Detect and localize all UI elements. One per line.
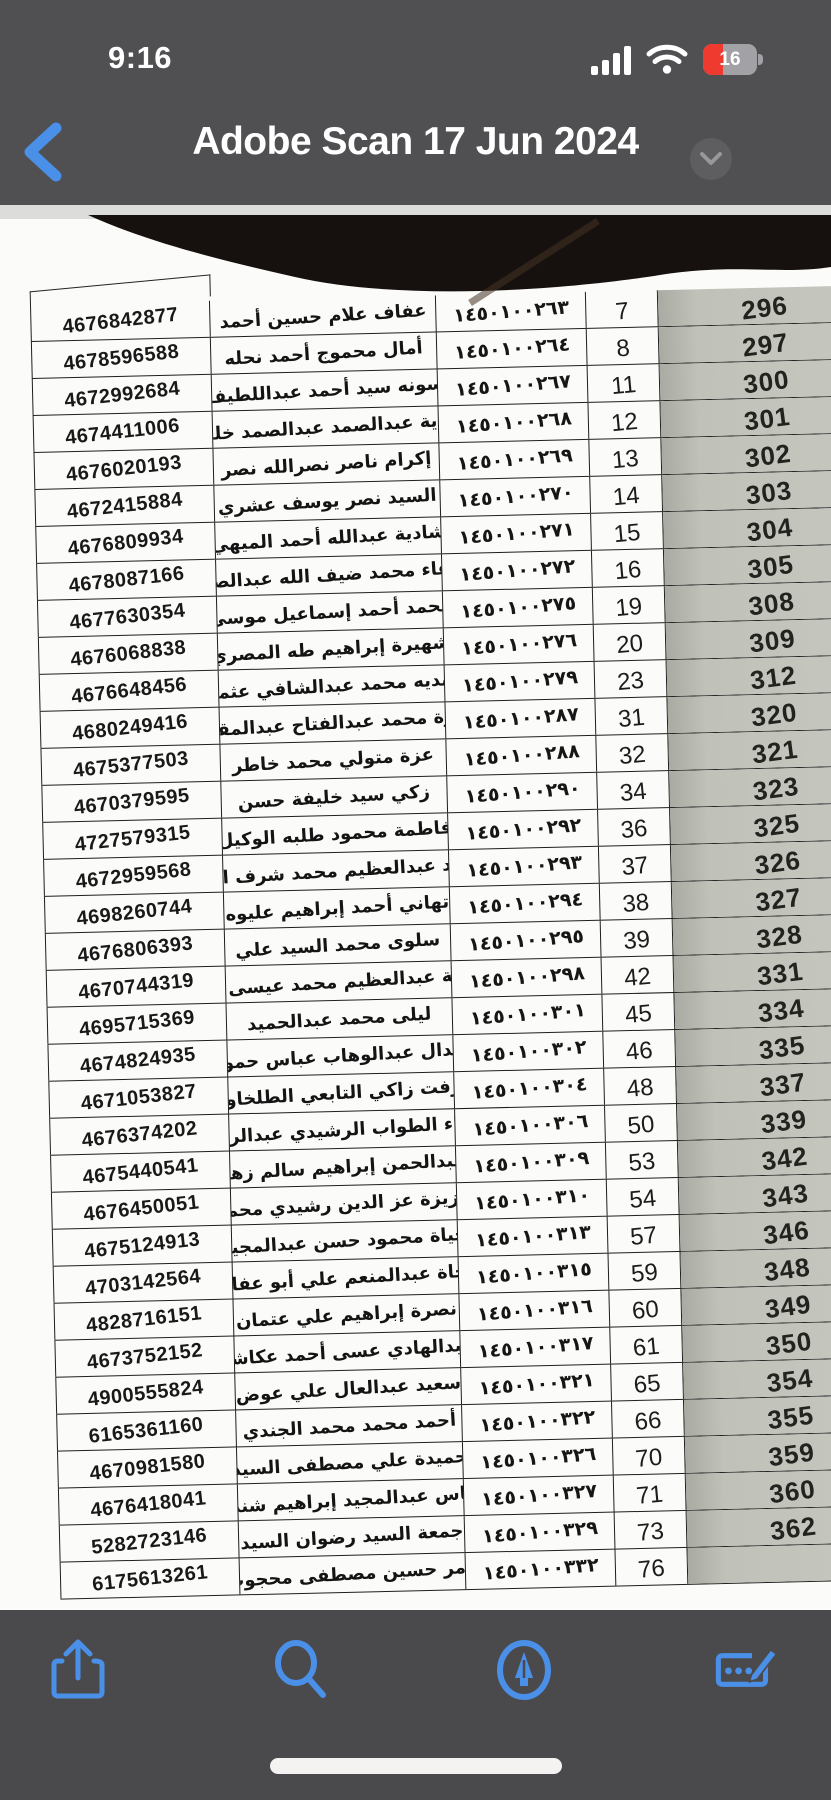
registry-number-cell: 303 bbox=[662, 470, 831, 511]
name-cell: نجاة عبدالمنعم علي أبو عفان bbox=[233, 1257, 460, 1298]
registry-number-cell: 334 bbox=[674, 988, 831, 1029]
code-cell: ١٤٥٠١٠٠٢٦٨ bbox=[439, 403, 590, 443]
serial-cell: 73 bbox=[615, 1511, 688, 1549]
registry-number-cell: 359 bbox=[685, 1432, 831, 1473]
registry-number-cell: 312 bbox=[667, 655, 831, 696]
code-cell: ١٤٥٠١٠٠٢٧٦ bbox=[444, 625, 595, 665]
name-cell: زكي سيد خليفة حسن bbox=[221, 776, 448, 817]
national-id-cell: 4678087166 bbox=[36, 560, 217, 600]
name-cell: نصرة إبراهيم علي عتمان bbox=[233, 1294, 460, 1335]
serial-cell: 11 bbox=[588, 364, 661, 402]
share-button[interactable] bbox=[46, 1638, 110, 1702]
serial-cell: 57 bbox=[608, 1215, 681, 1253]
code-cell: ١٤٥٠١٠٠٣٠٤ bbox=[454, 1069, 605, 1109]
registry-number-cell: 354 bbox=[683, 1358, 831, 1399]
registry-number-cell: 323 bbox=[669, 766, 831, 807]
name-cell: تهاني أحمد إبراهيم عليوه bbox=[224, 887, 451, 928]
national-id-cell: 4670379595 bbox=[41, 782, 222, 822]
search-button[interactable] bbox=[269, 1638, 333, 1702]
registry-number-cell: 321 bbox=[668, 729, 831, 770]
serial-cell: 53 bbox=[606, 1141, 679, 1179]
national-id-cell: 4674411006 bbox=[33, 412, 214, 452]
code-cell: ١٤٥٠١٠٠٣١٦ bbox=[459, 1291, 610, 1331]
serial-cell: 46 bbox=[603, 1030, 676, 1068]
code-cell: ١٤٥٠١٠٠٣١٧ bbox=[460, 1328, 611, 1368]
code-cell: ١٤٥٠١٠٠٢٩٠ bbox=[447, 773, 598, 813]
status-icons: 16 bbox=[591, 44, 763, 75]
name-cell: عبدالهادي عسى أحمد عكاشه bbox=[234, 1331, 461, 1372]
serial-cell: 59 bbox=[609, 1252, 682, 1290]
registry-number-cell: 355 bbox=[684, 1395, 831, 1436]
serial-cell: 31 bbox=[595, 697, 668, 735]
serial-cell: 61 bbox=[610, 1326, 683, 1364]
national-id-cell: 4703142564 bbox=[53, 1262, 234, 1302]
registry-number-cell: 297 bbox=[659, 322, 831, 363]
code-cell: ١٤٥٠١٠٠٢٧١ bbox=[441, 514, 592, 554]
registry-number-cell: 326 bbox=[671, 840, 831, 881]
serial-cell: 70 bbox=[613, 1437, 686, 1475]
name-cell: محمد أحمد إسماعيل موسى bbox=[217, 591, 444, 632]
serial-cell: 14 bbox=[590, 475, 663, 513]
header-bar: 9:16 16 Adobe Scan 17 Jun 2024 bbox=[0, 0, 831, 205]
national-id-cell: 4900555824 bbox=[55, 1373, 236, 1413]
name-cell: سونه سيد أحمد عبداللطيف bbox=[212, 369, 439, 410]
national-id-cell: 4678596588 bbox=[31, 338, 212, 378]
national-id-cell: 4698260744 bbox=[44, 893, 225, 933]
name-cell: صفاء الطواب الرشيدي عبدالرحيم bbox=[229, 1109, 456, 1150]
phone-screen: 9:16 16 Adobe Scan 17 Jun 2024 bbox=[0, 0, 831, 1800]
battery-percent: 16 bbox=[703, 44, 757, 75]
search-icon bbox=[271, 1639, 331, 1701]
registry-number-cell: 348 bbox=[680, 1247, 831, 1288]
code-cell: ١٤٥٠١٠٠٢٩٨ bbox=[452, 958, 603, 998]
markup-icon bbox=[494, 1638, 554, 1702]
code-cell: ١٤٥٠١٠٠٢٨٧ bbox=[445, 699, 596, 739]
code-cell: ١٤٥٠١٠٠٣٠٦ bbox=[455, 1106, 606, 1146]
serial-cell: 34 bbox=[597, 771, 670, 809]
code-cell: ١٤٥٠١٠٠٢٦٤ bbox=[437, 329, 588, 369]
national-id-cell: 4676809934 bbox=[35, 523, 216, 563]
serial-cell: 39 bbox=[601, 919, 674, 957]
registry-number-cell: 300 bbox=[660, 359, 831, 400]
registry-number-cell: 320 bbox=[667, 692, 831, 733]
scan-page-preview[interactable]: 4676842877 عفاف علام حسين أحمد ١٤٥٠١٠٠٢٦… bbox=[0, 205, 831, 1610]
name-cell: عزة متولي محمد خاطر bbox=[220, 739, 447, 780]
national-id-cell: 4674824935 bbox=[47, 1041, 228, 1081]
cellular-signal-icon bbox=[591, 45, 631, 75]
serial-cell: 76 bbox=[615, 1548, 688, 1586]
code-cell: ١٤٥٠١٠٠٣٠٢ bbox=[453, 1032, 604, 1072]
scanned-table: 4676842877 عفاف علام حسين أحمد ١٤٥٠١٠٠٢٦… bbox=[30, 285, 831, 1599]
national-id-cell: 4670744319 bbox=[46, 967, 227, 1007]
serial-cell: 50 bbox=[605, 1104, 678, 1142]
code-cell: ١٤٥٠١٠٠٢٩٤ bbox=[450, 884, 601, 924]
name-cell: أحمد محمد محمد الجندي bbox=[236, 1405, 463, 1446]
registry-number-cell: 305 bbox=[664, 544, 831, 585]
code-cell: ١٤٥٠١٠٠٢٧٠ bbox=[440, 477, 591, 517]
name-cell: حميدة علي مصطفى السيد bbox=[237, 1442, 464, 1483]
code-cell: ١٤٥٠١٠٠٣١٣ bbox=[458, 1217, 609, 1257]
national-id-cell: 4695715369 bbox=[47, 1004, 228, 1044]
code-cell: ١٤٥٠١٠٠٢٨٨ bbox=[446, 736, 597, 776]
name-cell: عزيزة محمد عبدالفتاح عبدالمقصود bbox=[220, 702, 447, 743]
serial-cell: 19 bbox=[593, 586, 666, 624]
registry-number-cell bbox=[687, 1543, 831, 1584]
code-cell: ١٤٥٠١٠٠٣٢٦ bbox=[463, 1439, 614, 1479]
serial-cell: 38 bbox=[600, 882, 673, 920]
serial-cell: 16 bbox=[592, 549, 665, 587]
national-id-cell: 4676418041 bbox=[58, 1484, 239, 1524]
national-id-cell: 4677630354 bbox=[37, 597, 218, 637]
national-id-cell: 4672415884 bbox=[34, 486, 215, 526]
status-time: 9:16 bbox=[108, 40, 172, 76]
serial-cell: 15 bbox=[591, 512, 664, 550]
national-id-cell: 4675124913 bbox=[52, 1226, 233, 1266]
serial-cell: 60 bbox=[609, 1289, 682, 1327]
serial-cell: 71 bbox=[614, 1474, 687, 1512]
name-cell: محمد عبدالعظيم محمد شرف الدين bbox=[223, 850, 450, 891]
table-body: 4676842877 عفاف علام حسين أحمد ١٤٥٠١٠٠٢٦… bbox=[30, 285, 831, 1599]
registry-number-cell: 309 bbox=[666, 618, 831, 659]
chevron-down-icon bbox=[700, 152, 722, 166]
serial-cell: 32 bbox=[596, 734, 669, 772]
name-cell: سعيد عبدالعال علي عوض bbox=[235, 1368, 462, 1409]
national-id-cell: 4673752152 bbox=[54, 1336, 235, 1376]
serial-cell: 36 bbox=[598, 808, 671, 846]
wifi-icon bbox=[646, 44, 688, 75]
code-cell: ١٤٥٠١٠٠٢٩٣ bbox=[449, 847, 600, 887]
registry-number-cell: 308 bbox=[665, 581, 831, 622]
registry-number-cell: 360 bbox=[686, 1469, 831, 1510]
registry-number-cell: 343 bbox=[679, 1173, 831, 1214]
share-icon bbox=[49, 1638, 107, 1702]
national-id-cell: 4672959568 bbox=[43, 856, 224, 896]
serial-cell: 54 bbox=[607, 1178, 680, 1216]
national-id-cell: 4680249416 bbox=[40, 708, 221, 748]
serial-cell: 12 bbox=[588, 401, 661, 439]
registry-number-cell: 339 bbox=[677, 1099, 831, 1140]
name-cell: سلوى محمد السيد علي bbox=[225, 924, 452, 965]
national-id-cell: 4670981580 bbox=[57, 1447, 238, 1487]
registry-number-cell: 327 bbox=[672, 877, 831, 918]
serial-cell: 23 bbox=[595, 660, 668, 698]
national-id-cell: 4675377503 bbox=[40, 745, 221, 785]
name-cell: افنديه محمد عبدالشافي عثمان bbox=[219, 665, 446, 706]
registry-number-cell: 328 bbox=[673, 914, 831, 955]
national-id-cell: 6165361160 bbox=[56, 1410, 237, 1450]
registry-number-cell: 349 bbox=[681, 1284, 831, 1325]
name-cell: عزيزة عز الدين رشيدي محمد bbox=[231, 1183, 458, 1224]
serial-cell: 42 bbox=[602, 956, 675, 994]
registry-number-cell: 350 bbox=[682, 1321, 831, 1362]
national-id-cell: 6175613261 bbox=[60, 1558, 241, 1598]
national-id-cell: 4676374202 bbox=[49, 1115, 230, 1155]
national-id-cell: 4676020193 bbox=[33, 449, 214, 489]
serial-cell: 7 bbox=[586, 290, 659, 328]
name-cell: ليلى محمد عبدالحميد bbox=[227, 998, 454, 1039]
national-id-cell: 4675440541 bbox=[50, 1152, 231, 1192]
serial-cell: 45 bbox=[602, 993, 675, 1031]
national-id-cell: 4676648456 bbox=[39, 671, 220, 711]
name-cell: أمال محموج أحمد نحله bbox=[211, 332, 438, 373]
national-id-cell: 4671053827 bbox=[48, 1078, 229, 1118]
serial-cell: 13 bbox=[589, 438, 662, 476]
name-cell: عبدالحمن إبراهيم سالم زهو bbox=[230, 1146, 457, 1187]
registry-number-cell: 331 bbox=[674, 951, 831, 992]
fill-sign-button[interactable] bbox=[715, 1638, 779, 1702]
fill-sign-icon bbox=[715, 1638, 779, 1702]
name-cell: مرفت زاكي التابعي الطلخاوي bbox=[228, 1072, 455, 1113]
name-cell: عفاف علام حسين أحمد bbox=[210, 295, 437, 336]
name-cell: جمعة السيد رضوان السيد bbox=[239, 1516, 466, 1557]
name-cell: حياة محمود حسن عبدالمجيد bbox=[232, 1220, 459, 1261]
name-cell: فاطمة محمود طلبه الوكيل bbox=[222, 813, 449, 854]
code-cell: ١٤٥٠١٠٠٣١٠ bbox=[457, 1180, 608, 1220]
code-cell: ١٤٥٠١٠٠٢٦٧ bbox=[438, 366, 589, 406]
code-cell: ١٤٥٠١٠٠٣٢٢ bbox=[462, 1402, 613, 1442]
national-id-cell: 5282723146 bbox=[59, 1521, 240, 1561]
national-id-cell: 4828716151 bbox=[54, 1299, 235, 1339]
serial-cell: 20 bbox=[594, 623, 667, 661]
code-cell: ١٤٥٠١٠٠٢٦٣ bbox=[436, 292, 587, 332]
national-id-cell: 4676068838 bbox=[38, 634, 219, 674]
markup-button[interactable] bbox=[492, 1638, 556, 1702]
registry-number-cell: 342 bbox=[678, 1136, 831, 1177]
registry-number-cell: 296 bbox=[658, 285, 831, 326]
code-cell: ١٤٥٠١٠٠٢٧٥ bbox=[443, 588, 594, 628]
serial-cell: 65 bbox=[611, 1363, 684, 1401]
name-cell: تامر حسين مصطفى محجوب bbox=[240, 1553, 467, 1594]
code-cell: ١٤٥٠١٠٠٣٢٩ bbox=[465, 1513, 616, 1553]
national-id-cell: 4676806393 bbox=[45, 930, 226, 970]
code-cell: ١٤٥٠١٠٠٢٧٢ bbox=[442, 551, 593, 591]
code-cell: ١٤٥٠١٠٠٣٠١ bbox=[452, 995, 603, 1035]
registry-number-cell: 346 bbox=[680, 1210, 831, 1251]
code-cell: ١٤٥٠١٠٠٢٦٩ bbox=[439, 440, 590, 480]
name-cell: نادية عبدالصمد عبدالصمد خليل bbox=[213, 406, 440, 447]
registry-number-cell: 302 bbox=[661, 433, 831, 474]
registry-number-cell: 325 bbox=[670, 803, 831, 844]
name-cell: اعتدال عبدالوهاب عباس حموده bbox=[227, 1035, 454, 1076]
registry-number-cell: 337 bbox=[676, 1062, 831, 1103]
name-cell: السيد نصر يوسف عشري bbox=[214, 480, 441, 521]
name-cell: ايناس عبدالمجيد إبراهيم شندي bbox=[238, 1479, 465, 1520]
code-cell: ١٤٥٠١٠٠٣٣٢ bbox=[466, 1550, 617, 1590]
serial-cell: 66 bbox=[612, 1400, 685, 1438]
code-cell: ١٤٥٠١٠٠٣٢١ bbox=[461, 1365, 612, 1405]
title-expand-button[interactable] bbox=[690, 138, 732, 180]
name-cell: شهيرة إبراهيم طه المصري bbox=[218, 628, 445, 669]
code-cell: ١٤٥٠١٠٠٣٠٩ bbox=[456, 1143, 607, 1183]
code-cell: ١٤٥٠١٠٠٢٧٩ bbox=[445, 662, 596, 702]
home-indicator[interactable] bbox=[270, 1758, 562, 1774]
serial-cell: 37 bbox=[599, 845, 672, 883]
registry-number-cell: 304 bbox=[663, 507, 831, 548]
code-cell: ١٤٥٠١٠٠٢٩٥ bbox=[451, 921, 602, 961]
national-id-cell: 4727579315 bbox=[42, 819, 223, 859]
registry-number-cell: 362 bbox=[687, 1506, 831, 1547]
serial-cell: 8 bbox=[587, 327, 660, 365]
serial-cell: 48 bbox=[604, 1067, 677, 1105]
registry-number-cell: 335 bbox=[675, 1025, 831, 1066]
national-id-cell: 4672992684 bbox=[32, 375, 213, 415]
name-cell: سومة عبدالعظيم محمد عيسى رزق bbox=[226, 961, 453, 1002]
code-cell: ١٤٥٠١٠٠٣٢٧ bbox=[464, 1476, 615, 1516]
national-id-cell: 4676450051 bbox=[51, 1189, 232, 1229]
name-cell: شادية عبدالله أحمد الميهي bbox=[215, 517, 442, 558]
name-cell: إكرام ناصر نصرالله نصر bbox=[213, 443, 440, 484]
code-cell: ١٤٥٠١٠٠٢٩٢ bbox=[448, 810, 599, 850]
registry-number-cell: 301 bbox=[660, 396, 831, 437]
code-cell: ١٤٥٠١٠٠٣١٥ bbox=[459, 1254, 610, 1294]
battery-icon: 16 bbox=[703, 44, 763, 75]
name-cell: صفاء محمد ضيف الله عبدالصمد bbox=[216, 554, 443, 595]
